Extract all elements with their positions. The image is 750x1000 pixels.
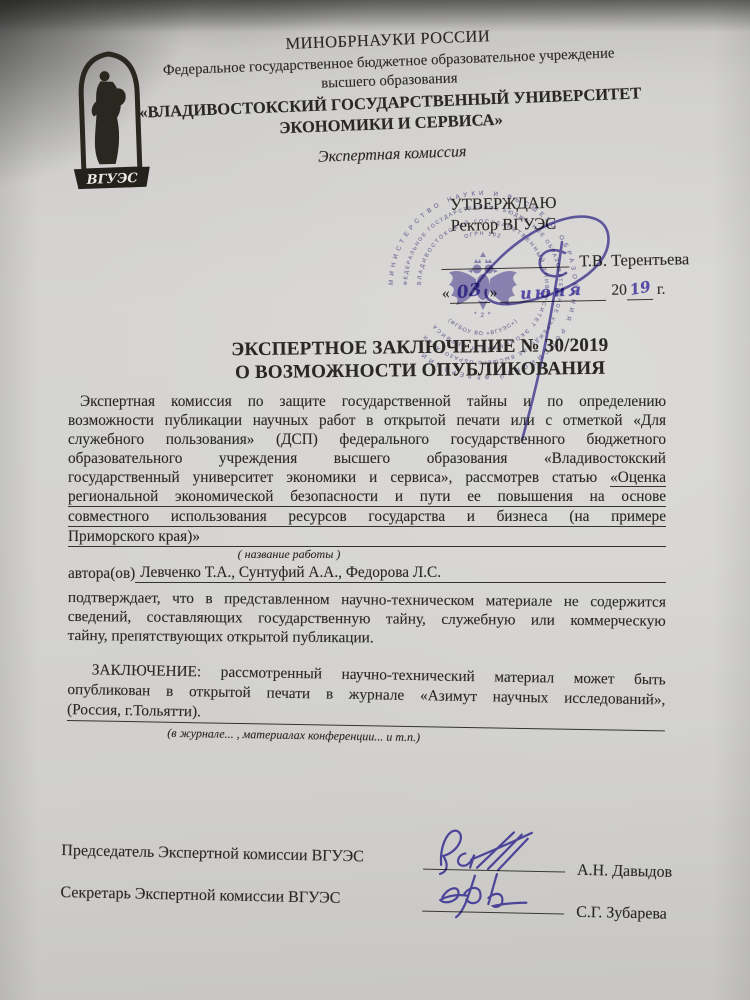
document-body: Экспертная комиссия по защите государств… — [68, 392, 666, 740]
conclusion-paragraph: ЗАКЛЮЧЕНИЕ: рассмотренный научно-техниче… — [67, 660, 666, 750]
document-title: ЭКСПЕРТНОЕ ЗАКЛЮЧЕНИЕ № 30/2019 О ВОЗМОЖ… — [90, 332, 750, 386]
signer-name: А.Н. Давыдов — [577, 862, 672, 882]
year-prefix: 20 — [611, 279, 627, 300]
authors-names: Левченко Т.А., Сунтуфий А.А., Федорова Л… — [135, 563, 441, 583]
svg-text:ОГРН 102: ОГРН 102 — [464, 231, 503, 240]
letterhead: МИНОБРНАУКИ РОССИИ Федеральное государст… — [88, 19, 693, 176]
work-title-line: совместного использования ресурсов госуд… — [68, 507, 666, 527]
paragraph1-line: образовательного учреждения высшего обра… — [68, 449, 666, 468]
signer-name: С.Г. Зубарева — [576, 904, 667, 924]
paragraph1-line: возможности публикации научных работ в о… — [68, 411, 666, 430]
work-title-line: региональной экономической безопасности … — [68, 487, 666, 507]
signer-role: Секретарь Экспертной комиссии ВГУЭС — [60, 884, 422, 912]
paragraph1-text: государственный университет экономики и … — [68, 469, 597, 486]
paragraph1-line: государственный университет экономики и … — [68, 468, 666, 487]
secretary-signature-ink — [426, 863, 577, 922]
conclusion-label: ЗАКЛЮЧЕНИЕ: — [92, 661, 202, 680]
signature-block: Председатель Экспертной комиссии ВГУЭС А… — [60, 820, 738, 918]
ruled-blank-line — [441, 582, 666, 583]
date-year-field: 19 — [627, 278, 653, 300]
document-photo: ВГУЭС МИНОБРНАУКИ РОССИИ Федеральное гос… — [0, 0, 750, 1000]
year-suffix: г. — [657, 279, 666, 300]
journal-location: (Россия, г.Тольятти). — [67, 700, 201, 723]
signature-line — [422, 911, 564, 915]
stamp-number-mark: * 2 * — [473, 311, 493, 319]
svg-text:* 2 *: * 2 * — [473, 311, 493, 319]
paragraph1-line: Экспертная комиссия по защите государств… — [68, 392, 666, 411]
stamp-ogrn-arc: ОГРН 102 — [464, 231, 503, 240]
paragraph1-line: служебного пользования» (ДСП) федерально… — [68, 430, 666, 449]
work-caption: ( название работы ) — [0, 547, 588, 563]
work-title-start: «Оценка — [610, 469, 666, 487]
double-headed-eagle-emblem — [449, 252, 517, 310]
approver-name: Т.В. Терентьева — [579, 248, 689, 271]
authors-row: автора(ов) Левченко Т.А., Сунтуфий А.А.,… — [68, 563, 666, 583]
paragraph2: подтверждает, что в представленном научн… — [68, 588, 666, 650]
work-title-last-line: Приморского края)» — [68, 527, 666, 547]
work-title-end: Приморского края)» — [68, 527, 200, 547]
authors-label: автора(ов) — [68, 564, 135, 583]
handwritten-year: 19 — [628, 276, 653, 301]
